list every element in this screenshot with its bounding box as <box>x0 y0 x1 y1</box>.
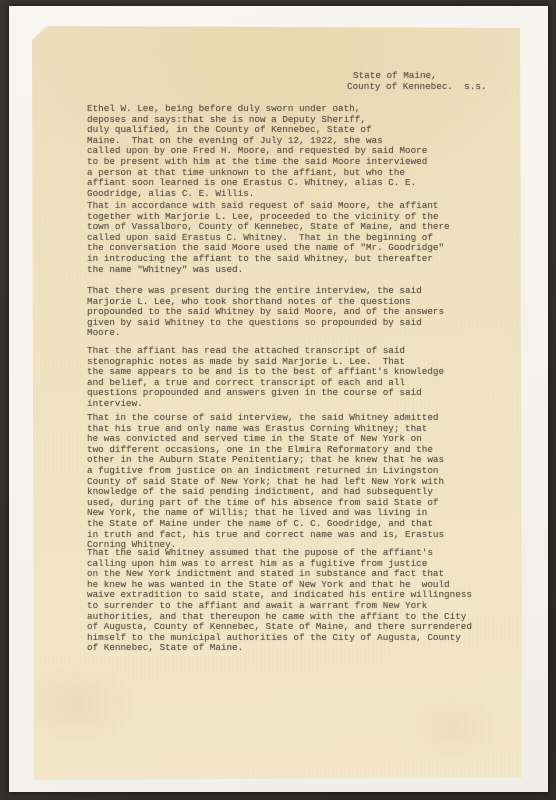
paragraph-surrender: That the said Whitney assumed that the p… <box>87 548 472 654</box>
header-county-line: County of Kennebec. s.s. <box>347 82 486 93</box>
paragraph-shorthand-notes: That there was present during the entire… <box>87 286 444 339</box>
paragraph-visit-vassalboro: That in accordance with said request of … <box>87 201 450 275</box>
photo-mat: State of Maine, County of Kennebec. s.s.… <box>9 6 548 792</box>
paragraph-whitney-admissions: That in the course of said interview, th… <box>87 413 444 551</box>
affidavit-page: State of Maine, County of Kennebec. s.s.… <box>32 26 522 780</box>
paragraph-affiant-intro: Ethel W. Lee, being before duly sworn un… <box>87 104 427 199</box>
header-state-line: State of Maine, <box>353 71 437 82</box>
paragraph-transcript-read: That the affiant has read the attached t… <box>87 346 444 410</box>
photo-background: State of Maine, County of Kennebec. s.s.… <box>0 0 556 800</box>
